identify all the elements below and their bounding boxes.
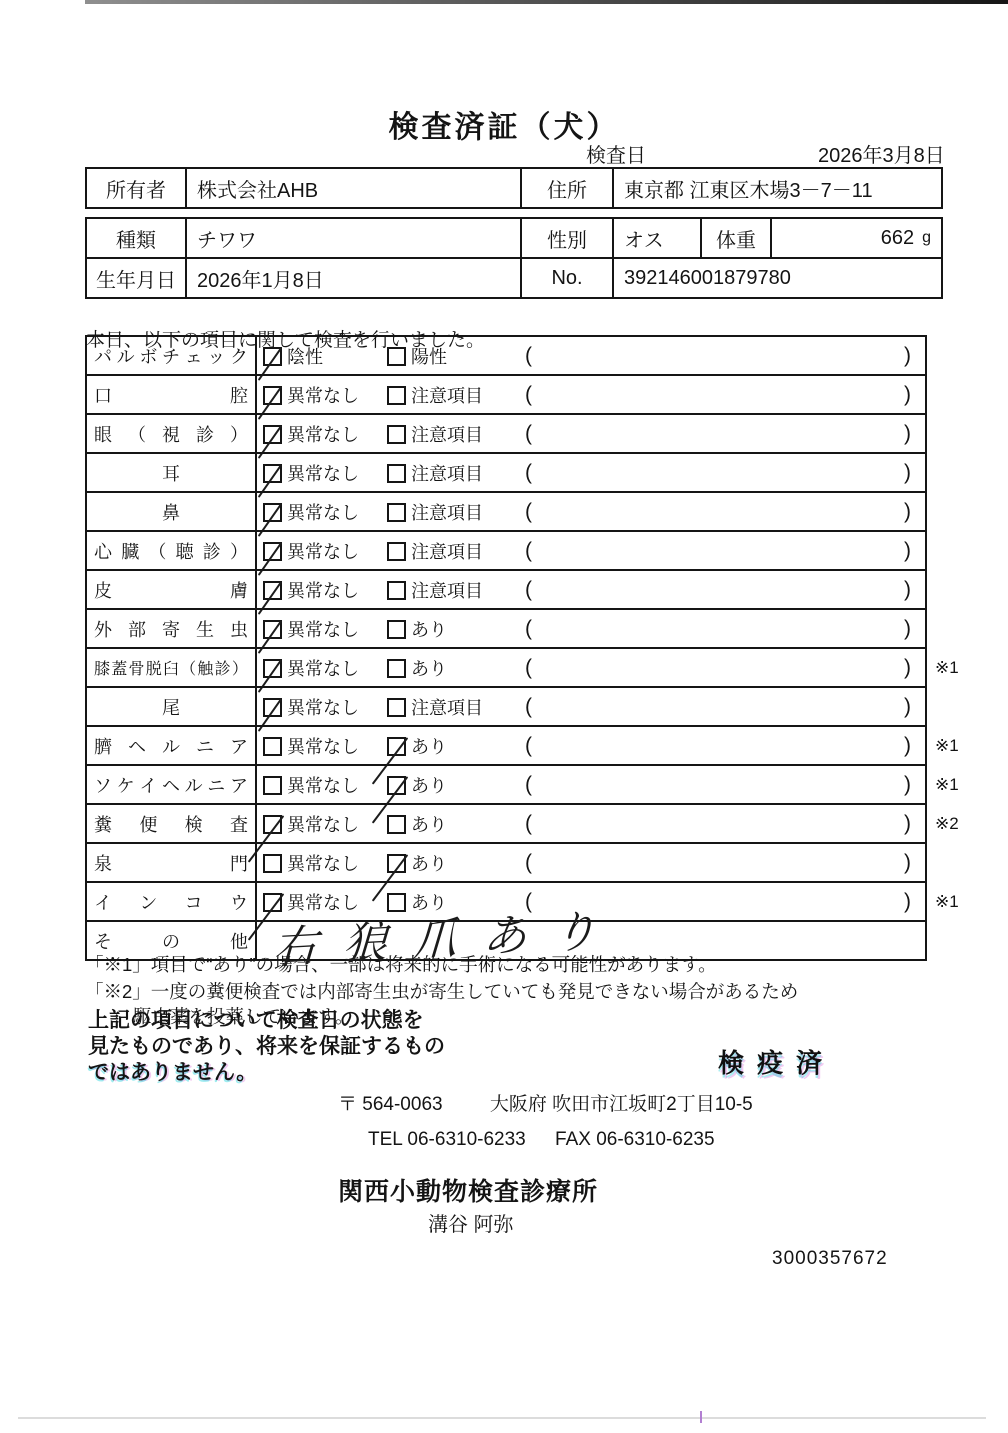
checkbox-icon	[263, 581, 282, 600]
option-1: 異常なし	[263, 655, 359, 681]
paren-open: (	[525, 422, 532, 446]
option-1-label: 異常なし	[287, 737, 359, 757]
option-2: あり	[387, 655, 447, 681]
option-2-label: 注意項目	[411, 542, 483, 562]
paren-open: (	[525, 656, 532, 680]
paren-close: )	[904, 578, 911, 602]
birth-value: 2026年1月8日	[187, 259, 522, 297]
no-value: 392146001879780	[614, 259, 941, 297]
address-value: 東京都 江東区木場3－7－11	[614, 169, 941, 207]
checkbox-icon	[387, 347, 406, 366]
checkbox-icon	[263, 464, 282, 483]
document-serial-number: 3000357672	[772, 1248, 888, 1270]
option-2-label: 注意項目	[411, 425, 483, 445]
footnote-marker: ※1	[935, 658, 959, 678]
checkbox-icon	[387, 503, 406, 522]
option-2: 注意項目	[387, 460, 483, 486]
option-1: 異常なし	[263, 499, 359, 525]
option-1: 異常なし	[263, 811, 359, 837]
option-2-label: 注意項目	[411, 386, 483, 406]
exam-item-label: 膝蓋骨脱臼（触診）	[87, 649, 257, 686]
exam-item-label: インコウ	[87, 883, 257, 920]
checkbox-icon	[263, 776, 282, 795]
exam-date-label: 検査日	[586, 139, 646, 168]
exam-row: 泉門 異常なし あり ( )	[87, 842, 925, 881]
option-2: あり	[387, 772, 447, 798]
option-1-label: 異常なし	[287, 620, 359, 640]
option-2-label: あり	[411, 815, 447, 835]
paren-close: )	[904, 383, 911, 407]
option-2-label: 注意項目	[411, 503, 483, 523]
option-1-label: 異常なし	[287, 581, 359, 601]
checkbox-icon	[263, 893, 282, 912]
weight-unit: g	[922, 229, 931, 247]
paren-close: )	[904, 695, 911, 719]
exam-item-label: 耳	[87, 454, 257, 491]
checkbox-icon	[263, 503, 282, 522]
clinic-postal-line: 〒 564-0063 大阪府 吹田市江坂町2丁目10-5	[338, 1089, 753, 1116]
exam-item-result: 異常なし 注意項目 ( )	[257, 493, 925, 530]
option-2: あり	[387, 850, 447, 876]
paren-open: (	[525, 539, 532, 563]
checkbox-icon	[387, 386, 406, 405]
clinic-address: 大阪府 吹田市江坂町2丁目10-5	[490, 1094, 753, 1115]
paren-open: (	[525, 695, 532, 719]
footnote-marker: ※1	[935, 775, 959, 795]
exam-item-result: 異常なし あり ( )	[257, 805, 925, 842]
checkbox-icon	[263, 815, 282, 834]
option-1-label: 異常なし	[287, 815, 359, 835]
paren-close: )	[904, 773, 911, 797]
checkbox-icon	[387, 698, 406, 717]
exam-item-label: 口腔	[87, 376, 257, 413]
pet-row-2: 生年月日 2026年1月8日 No. 392146001879780	[87, 257, 941, 297]
exam-date-value: 2026年3月8日	[818, 139, 945, 168]
option-2-label: 注意項目	[411, 698, 483, 718]
exam-item-result: 右狼爪あり	[257, 922, 925, 959]
exam-item-result: 異常なし あり ( )	[257, 649, 925, 686]
scanned-certificate-page: 検査済証（犬） 検査日 2026年3月8日 所有者 株式会社AHB 住所 東京都…	[0, 0, 1008, 1433]
exam-item-label: 泉門	[87, 844, 257, 881]
checkbox-icon	[387, 425, 406, 444]
option-2-label: あり	[411, 854, 447, 874]
paren-open: (	[525, 851, 532, 875]
checkbox-icon	[263, 659, 282, 678]
option-1-label: 異常なし	[287, 464, 359, 484]
breed-value: チワワ	[187, 219, 522, 257]
exam-row: 心臓（聴診） 異常なし 注意項目 ( )	[87, 530, 925, 569]
exam-item-result: 異常なし 注意項目 ( )	[257, 376, 925, 413]
exam-item-result: 陰性 陽性 ( )	[257, 337, 925, 374]
option-1: 異常なし	[263, 421, 359, 447]
exam-row: 外部寄生虫 異常なし あり ( )	[87, 608, 925, 647]
option-1: 異常なし	[263, 460, 359, 486]
option-2: 注意項目	[387, 538, 483, 564]
option-1: 異常なし	[263, 733, 359, 759]
exam-item-label: 糞便検査	[87, 805, 257, 842]
clinic-tel: TEL 06-6310-6233	[368, 1129, 526, 1150]
exam-item-label: パルボチェック	[87, 337, 257, 374]
disclaimer-line-1: 上記の項目について検査日の状態を	[88, 1008, 445, 1034]
exam-item-label: 眼（視診）	[87, 415, 257, 452]
exam-row: 耳 異常なし 注意項目 ( )	[87, 452, 925, 491]
paren-open: (	[525, 383, 532, 407]
sex-value: オス	[614, 219, 702, 257]
checkbox-icon	[387, 854, 406, 873]
clinic-tel-line: TEL 06-6310-6233 FAX 06-6310-6235	[368, 1129, 715, 1151]
option-2-label: あり	[411, 620, 447, 640]
exam-row: パルボチェック 陰性 陽性 ( )	[87, 337, 925, 374]
scan-artifact-bottom-line	[18, 1417, 986, 1419]
address-label: 住所	[522, 169, 614, 207]
paren-open: (	[525, 734, 532, 758]
checkbox-icon	[387, 659, 406, 678]
sex-label: 性別	[522, 219, 614, 257]
option-1: 異常なし	[263, 577, 359, 603]
paren-close: )	[904, 422, 911, 446]
birth-label: 生年月日	[87, 259, 187, 297]
exam-row: 鼻 異常なし 注意項目 ( )	[87, 491, 925, 530]
option-1-label: 異常なし	[287, 425, 359, 445]
exam-item-result: 異常なし 注意項目 ( )	[257, 415, 925, 452]
paren-close: )	[904, 500, 911, 524]
option-2: 注意項目	[387, 577, 483, 603]
checkbox-icon	[263, 347, 282, 366]
paren-open: (	[525, 500, 532, 524]
option-1: 異常なし	[263, 538, 359, 564]
exam-table: パルボチェック 陰性 陽性 ( ) 口腔 異常なし 注意項目 ( ) 眼（視診）	[85, 335, 927, 961]
paren-close: )	[904, 812, 911, 836]
paren-close: )	[904, 461, 911, 485]
exam-table-body: パルボチェック 陰性 陽性 ( ) 口腔 異常なし 注意項目 ( ) 眼（視診）	[87, 337, 925, 959]
exam-item-result: 異常なし あり ( )	[257, 727, 925, 764]
exam-item-result: 異常なし あり ( )	[257, 766, 925, 803]
option-2: 注意項目	[387, 499, 483, 525]
weight-value: 662 g	[772, 219, 941, 257]
exam-row: 皮膚 異常なし 注意項目 ( )	[87, 569, 925, 608]
option-2-label: あり	[411, 737, 447, 757]
option-1: 異常なし	[263, 772, 359, 798]
checkbox-icon	[263, 386, 282, 405]
paren-open: (	[525, 344, 532, 368]
owner-table: 所有者 株式会社AHB 住所 東京都 江東区木場3－7－11	[85, 167, 943, 209]
exam-item-label: 鼻	[87, 493, 257, 530]
option-2: 注意項目	[387, 421, 483, 447]
paren-open: (	[525, 773, 532, 797]
exam-item-label: 尾	[87, 688, 257, 725]
option-1-label: 異常なし	[287, 386, 359, 406]
paren-close: )	[904, 656, 911, 680]
option-2: 陽性	[387, 343, 447, 369]
option-1: 異常なし	[263, 382, 359, 408]
quarantine-stamp: 検疫済	[718, 1043, 835, 1080]
option-2: あり	[387, 733, 447, 759]
footnote-2-line1: 「※2」一度の糞便検査では内部寄生虫が寄生していても発見できない場合があるため	[85, 978, 798, 1004]
footnote-marker: ※2	[935, 814, 959, 834]
exam-row: 尾 異常なし 注意項目 ( )	[87, 686, 925, 725]
owner-value: 株式会社AHB	[187, 169, 522, 207]
option-2-label: あり	[411, 776, 447, 796]
option-1-label: 異常なし	[287, 776, 359, 796]
option-1: 異常なし	[263, 850, 359, 876]
checkbox-icon	[387, 737, 406, 756]
paren-open: (	[525, 812, 532, 836]
option-1-label: 異常なし	[287, 503, 359, 523]
clinic-fax: FAX 06-6310-6235	[555, 1129, 715, 1150]
exam-item-result: 異常なし あり ( )	[257, 844, 925, 881]
option-2: 注意項目	[387, 382, 483, 408]
breed-label: 種類	[87, 219, 187, 257]
exam-row: ソケイヘルニア 異常なし あり ( ) ※1	[87, 764, 925, 803]
checkbox-icon	[387, 815, 406, 834]
exam-row: 口腔 異常なし 注意項目 ( )	[87, 374, 925, 413]
pet-row-1: 種類 チワワ 性別 オス 体重 662 g	[87, 219, 941, 257]
checkbox-icon	[387, 464, 406, 483]
checkbox-icon	[263, 425, 282, 444]
exam-item-label: 心臓（聴診）	[87, 532, 257, 569]
option-1-label: 陰性	[287, 347, 323, 367]
pet-table: 種類 チワワ 性別 オス 体重 662 g 生年月日 2026年1月8日 No.…	[85, 217, 943, 299]
option-2-label: 陽性	[411, 347, 447, 367]
footnote-marker: ※1	[935, 892, 959, 912]
no-label: No.	[522, 259, 614, 297]
option-1: 異常なし	[263, 694, 359, 720]
checkbox-icon	[387, 620, 406, 639]
exam-item-result: 異常なし 注意項目 ( )	[257, 688, 925, 725]
option-1: 異常なし	[263, 616, 359, 642]
checkbox-icon	[263, 854, 282, 873]
exam-item-result: 異常なし 注意項目 ( )	[257, 571, 925, 608]
exam-row: 糞便検査 異常なし あり ( ) ※2	[87, 803, 925, 842]
postal-code: 〒 564-0063	[338, 1094, 443, 1115]
option-1-label: 異常なし	[287, 659, 359, 679]
exam-item-result: 異常なし あり ( )	[257, 610, 925, 647]
paren-close: )	[904, 617, 911, 641]
option-1-label: 異常なし	[287, 542, 359, 562]
checkbox-icon	[387, 581, 406, 600]
option-2: あり	[387, 811, 447, 837]
checkbox-icon	[387, 776, 406, 795]
checkbox-icon	[387, 542, 406, 561]
paren-close: )	[904, 734, 911, 758]
exam-item-label: 臍ヘルニア	[87, 727, 257, 764]
checkbox-icon	[263, 737, 282, 756]
exam-row: 臍ヘルニア 異常なし あり ( ) ※1	[87, 725, 925, 764]
disclaimer-line-2: 見たものであり、将来を保証するもの	[88, 1034, 445, 1060]
weight-number: 662	[881, 227, 914, 250]
owner-label: 所有者	[87, 169, 187, 207]
disclaimer-line-3: ではありません。	[88, 1060, 445, 1086]
option-2-label: あり	[411, 659, 447, 679]
checkbox-icon	[263, 542, 282, 561]
option-1-label: 異常なし	[287, 854, 359, 874]
exam-item-label: 外部寄生虫	[87, 610, 257, 647]
footnote-marker: ※1	[935, 736, 959, 756]
paren-open: (	[525, 461, 532, 485]
option-2: 注意項目	[387, 694, 483, 720]
checkbox-icon	[263, 620, 282, 639]
paren-close: )	[904, 344, 911, 368]
scan-artifact-top-bar	[85, 0, 1008, 4]
checkbox-icon	[263, 698, 282, 717]
disclaimer-statement: 上記の項目について検査日の状態を 見たものであり、将来を保証するもの ではありま…	[88, 1008, 445, 1086]
paren-close: )	[904, 851, 911, 875]
exam-row: 膝蓋骨脱臼（触診） 異常なし あり ( ) ※1	[87, 647, 925, 686]
paren-close: )	[904, 890, 911, 914]
option-1: 陰性	[263, 343, 323, 369]
option-1-label: 異常なし	[287, 698, 359, 718]
veterinarian-name: 溝谷 阿弥	[428, 1208, 514, 1237]
clinic-name: 関西小動物検査診療所	[338, 1172, 598, 1208]
paren-close: )	[904, 539, 911, 563]
exam-row: 眼（視診） 異常なし 注意項目 ( )	[87, 413, 925, 452]
paren-open: (	[525, 578, 532, 602]
option-2: あり	[387, 616, 447, 642]
option-2-label: 注意項目	[411, 581, 483, 601]
owner-row: 所有者 株式会社AHB 住所 東京都 江東区木場3－7－11	[87, 169, 941, 207]
exam-item-label: 皮膚	[87, 571, 257, 608]
exam-item-result: 異常なし 注意項目 ( )	[257, 454, 925, 491]
exam-item-label: ソケイヘルニア	[87, 766, 257, 803]
option-2-label: 注意項目	[411, 464, 483, 484]
exam-item-result: 異常なし 注意項目 ( )	[257, 532, 925, 569]
paren-open: (	[525, 617, 532, 641]
scan-artifact-purple-tick	[700, 1411, 702, 1423]
weight-label: 体重	[702, 219, 772, 257]
